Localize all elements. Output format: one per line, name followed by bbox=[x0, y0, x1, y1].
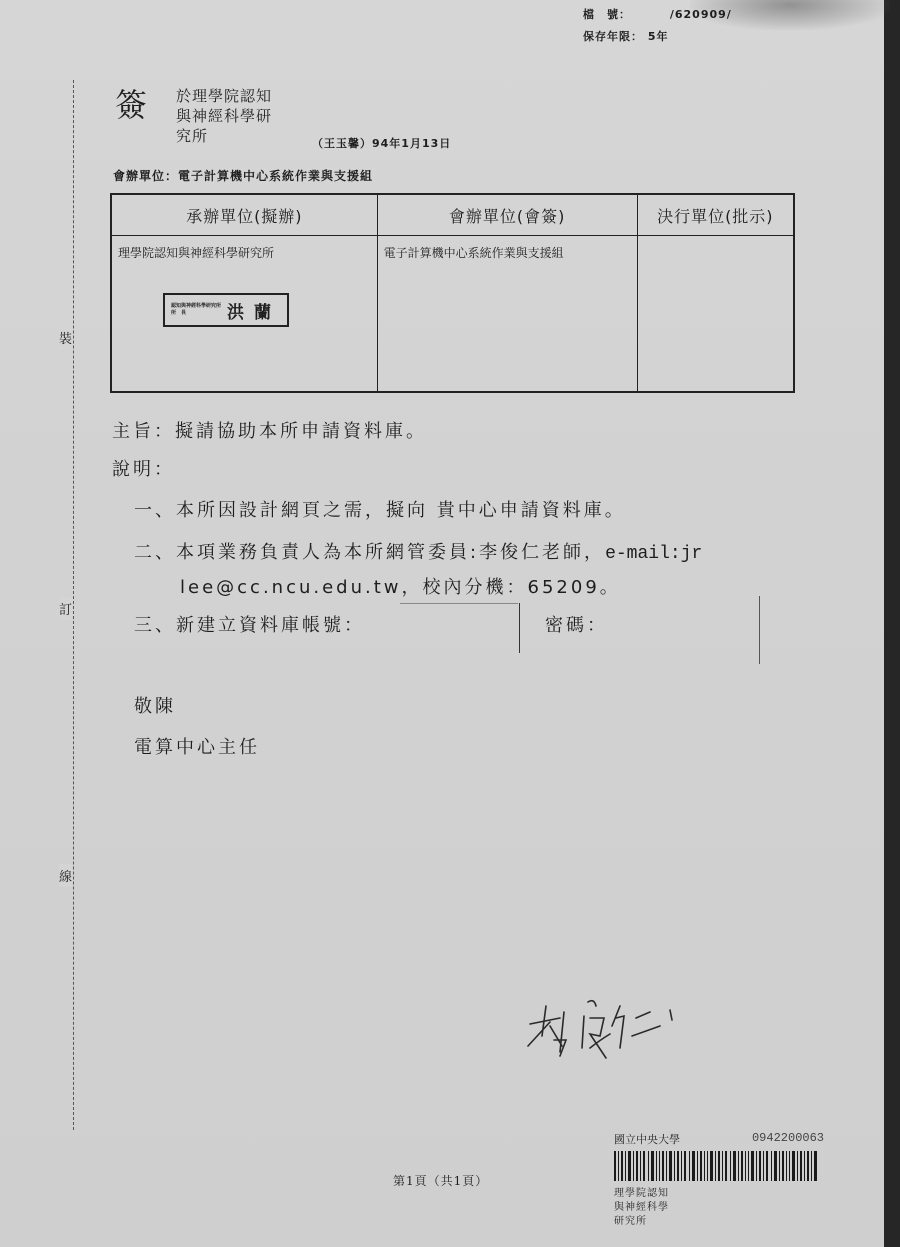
header-handling-unit: 承辦單位(擬辦) bbox=[111, 194, 377, 236]
sender-line: 究所 bbox=[176, 126, 316, 146]
field-divider bbox=[759, 596, 760, 664]
password-label: 密碼： bbox=[545, 611, 608, 637]
scan-edge bbox=[884, 0, 900, 1247]
table-header-row: 承辦單位(擬辦) 會辦單位(會簽) 決行單位(批示) bbox=[111, 194, 794, 236]
table-row: 理學院認知與神經科學研究所 認知與神經科學研究所 所 長 洪蘭 電子計算機中心系… bbox=[111, 236, 794, 393]
account-field-line bbox=[400, 603, 518, 604]
item-2-text: 二、本項業務負責人為本所網管委員:李俊仁老師， bbox=[134, 542, 605, 563]
barcode-icon bbox=[614, 1151, 819, 1181]
recipient: 電算中心主任 bbox=[134, 733, 260, 759]
sender: 於理學院認知 與神經科學研 究所 bbox=[176, 86, 316, 146]
cell-co-signing-unit: 電子計算機中心系統作業與支援組 bbox=[377, 236, 637, 393]
co-unit: 會辦單位：電子計算機中心系統作業與支援組 bbox=[113, 167, 373, 184]
seal-title-text: 所 長 bbox=[171, 310, 227, 317]
seal-name: 洪蘭 bbox=[227, 298, 281, 323]
co-unit-label: 會辦單位： bbox=[113, 169, 178, 183]
description-item-3: 三、新建立資料庫帳號： bbox=[134, 611, 365, 637]
header-co-signing-unit: 會辦單位(會簽) bbox=[377, 194, 637, 236]
header-approval-unit: 決行單位(批示) bbox=[637, 194, 794, 236]
signature-icon bbox=[520, 996, 690, 1066]
binding-mark-xian: 線 bbox=[59, 864, 72, 887]
barcode-unit-line: 研究所 bbox=[614, 1215, 824, 1229]
description-item-2-cont: lee@cc.ncu.edu.tw，校內分機：65209。 bbox=[180, 573, 621, 599]
seal-org-text: 認知與神經科學研究所 bbox=[171, 303, 227, 310]
retention-value: 5年 bbox=[648, 26, 669, 48]
barcode-unit-line: 與神經科學 bbox=[614, 1201, 824, 1215]
barcode-number: 0942200063 bbox=[752, 1131, 824, 1147]
email-prefix: e-mail:jr bbox=[605, 544, 702, 564]
handling-unit-name: 理學院認知與神經科學研究所 bbox=[118, 244, 371, 261]
official-seal: 認知與神經科學研究所 所 長 洪蘭 bbox=[163, 293, 289, 327]
routing-table: 承辦單位(擬辦) 會辦單位(會簽) 決行單位(批示) 理學院認知與神經科學研究所… bbox=[110, 193, 795, 393]
binding-mark-zhuang: 裝 bbox=[59, 326, 72, 349]
subject: 主旨：擬請協助本所申請資料庫。 bbox=[112, 417, 427, 443]
document-page bbox=[0, 0, 884, 1247]
barcode-unit-line: 理學院認知 bbox=[614, 1187, 824, 1201]
cell-approval-unit bbox=[637, 236, 794, 393]
sender-line: 與神經科學研 bbox=[176, 106, 316, 126]
file-number-label: 檔 號： bbox=[583, 4, 665, 26]
barcode-unit: 理學院認知 與神經科學 研究所 bbox=[614, 1187, 824, 1229]
co-signing-unit-name: 電子計算機中心系統作業與支援組 bbox=[384, 244, 631, 261]
description-item-2: 二、本項業務負責人為本所網管委員:李俊仁老師，e-mail:jr bbox=[134, 538, 702, 564]
document-type-char: 簽 bbox=[115, 80, 147, 126]
sender-line: 於理學院認知 bbox=[176, 86, 316, 106]
binding-mark-ding: 訂 bbox=[59, 597, 72, 620]
retention-label: 保存年限： bbox=[583, 26, 643, 48]
file-info: 檔 號： /620909/ 保存年限： 5年 bbox=[583, 4, 732, 48]
co-unit-value: 電子計算機中心系統作業與支援組 bbox=[178, 169, 373, 183]
barcode-label: 國立中央大學 0942200063 理學院認知 與神經科學 bbox=[614, 1131, 824, 1229]
binding-margin-line bbox=[73, 80, 74, 1130]
document-date: （王玉馨）94年1月13日 bbox=[312, 135, 451, 151]
cell-handling-unit: 理學院認知與神經科學研究所 認知與神經科學研究所 所 長 洪蘭 bbox=[111, 236, 377, 393]
field-divider bbox=[519, 603, 520, 653]
barcode-org: 國立中央大學 bbox=[614, 1131, 680, 1147]
handwritten-signature bbox=[520, 996, 690, 1070]
description-item-1: 一、本所因設計網頁之需，擬向 貴中心申請資料庫。 bbox=[134, 496, 626, 522]
page-number: 第1頁（共1頁） bbox=[393, 1172, 488, 1189]
closing: 敬陳 bbox=[134, 692, 176, 718]
file-number: /620909/ bbox=[670, 4, 732, 26]
description-title: 說明： bbox=[112, 455, 175, 481]
